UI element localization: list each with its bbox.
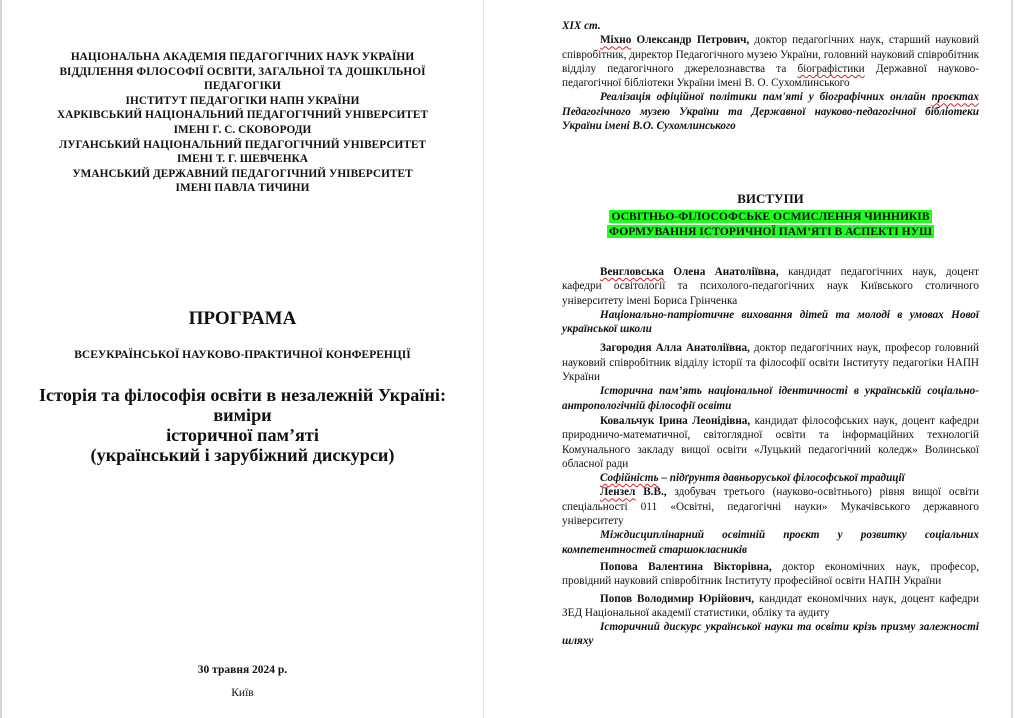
- speaker-topic: Міждисциплінарний освітній проєкт у розв…: [562, 529, 979, 555]
- speaker-name-squiggle: Венгловська: [600, 266, 664, 278]
- speaker-entry: Попов Володимир Юрійович, кандидат еконо…: [562, 592, 979, 649]
- speaker-entry: Загородня Алла Анатоліївна, доктор педаг…: [562, 341, 979, 412]
- top-fragment: ХІХ ст.: [562, 19, 979, 33]
- highlighted-line: ФОРМУВАННЯ ІСТОРИЧНОЇ ПАМ’ЯТІ В АСПЕКТІ …: [607, 225, 934, 238]
- document-page-program: ХІХ ст. Міхно Олександр Петрович, доктор…: [485, 0, 1013, 718]
- conference-title-line: (український і зарубіжний дискурси): [22, 445, 463, 465]
- speaker-name: Загородня Алла Анатоліївна,: [600, 342, 750, 354]
- speaker-name: Олена Анатоліївна,: [664, 266, 779, 278]
- conference-date: 30 травня 2024 р.: [2, 664, 483, 676]
- speaker-entry: Міхно Олександр Петрович, доктор педагог…: [562, 33, 979, 90]
- speaker-affiliation-squiggle: біографістики: [797, 63, 864, 75]
- header-line: ПЕДАГОГІКИ: [2, 79, 483, 94]
- program-title: ПРОГРАМА: [2, 308, 483, 330]
- speaker-topic: Національно-патріотичне виховання дітей …: [562, 309, 979, 335]
- header-line: ІМЕНІ Т. Г. ШЕВЧЕНКА: [2, 152, 483, 167]
- conference-city: Київ: [2, 687, 483, 699]
- highlighted-section-heading: ОСВІТНЬО-ФІЛОСОФСЬКЕ ОСМИСЛЕННЯ ЧИННИКІВ…: [562, 210, 979, 239]
- speaker-name: Олександр Петрович,: [631, 34, 749, 46]
- topic-text: Реалізація офіційної політики пам'яті у …: [600, 91, 932, 103]
- speakers-list: Венгловська Олена Анатоліївна, кандидат …: [562, 265, 979, 649]
- section-heading: ВИСТУПИ: [562, 191, 979, 207]
- speaker-entry: Попова Валентина Вікторівна, доктор екон…: [562, 560, 979, 589]
- header-line: ВІДДІЛЕННЯ ФІЛОСОФІЇ ОСВІТИ, ЗАГАЛЬНОЇ Т…: [2, 65, 483, 80]
- header-line: ІМЕНІ ПАВЛА ТИЧИНИ: [2, 181, 483, 196]
- speaker-entry: Венгловська Олена Анатоліївна, кандидат …: [562, 265, 979, 336]
- speaker-name: Попов Володимир Юрійович,: [600, 593, 754, 605]
- first-entry-block: ХІХ ст. Міхно Олександр Петрович, доктор…: [562, 19, 979, 133]
- speaker-name-squiggle: Лензел: [600, 486, 635, 498]
- organizers-header: НАЦІОНАЛЬНА АКАДЕМІЯ ПЕДАГОГІЧНИХ НАУК У…: [2, 50, 483, 196]
- header-line: ЛУГАНСЬКИЙ НАЦІОНАЛЬНИЙ ПЕДАГОГІЧНИЙ УНІ…: [2, 138, 483, 153]
- program-subtitle: ВСЕУКРАЇНСЬКОЇ НАУКОВО-ПРАКТИЧНОЇ КОНФЕР…: [2, 349, 483, 361]
- speaker-topic: Реалізація офіційної політики пам'яті у …: [562, 90, 979, 133]
- topic-squiggle: Софійність: [600, 472, 659, 484]
- document-page-cover: НАЦІОНАЛЬНА АКАДЕМІЯ ПЕДАГОГІЧНИХ НАУК У…: [0, 0, 484, 718]
- header-line: ХАРКІВСЬКИЙ НАЦІОНАЛЬНИЙ ПЕДАГОГІЧНИЙ УН…: [2, 108, 483, 123]
- speaker-name: Ковальчук Ірина Леонідівна,: [600, 415, 750, 427]
- speaker-topic: Історичний дискурс української науки та …: [562, 621, 979, 647]
- header-line: ІНСТИТУТ ПЕДАГОГІКИ НАПН УКРАЇНИ: [2, 94, 483, 109]
- topic-squiggle: проєктах: [932, 91, 979, 103]
- conference-title-line: Історія та філософія освіти в незалежній…: [22, 385, 463, 425]
- speaker-name-squiggle: Міхно: [600, 34, 631, 46]
- speaker-name: В.В.,: [635, 486, 666, 498]
- speaker-name: Попова Валентина Вікторівна,: [600, 561, 772, 573]
- speaker-entry: Лензел В.В., здобувач третього (науково-…: [562, 485, 979, 556]
- speaker-topic: – підґрунтя давньоруської філософської т…: [659, 472, 905, 484]
- header-line: ІМЕНІ Г. С. СКОВОРОДИ: [2, 123, 483, 138]
- header-line: НАЦІОНАЛЬНА АКАДЕМІЯ ПЕДАГОГІЧНИХ НАУК У…: [2, 50, 483, 65]
- highlighted-line: ОСВІТНЬО-ФІЛОСОФСЬКЕ ОСМИСЛЕННЯ ЧИННИКІВ: [609, 210, 931, 223]
- speaker-topic: Історична пам’ять національної ідентично…: [562, 385, 979, 411]
- topic-text: Педагогічного музею України та Державної…: [562, 106, 979, 132]
- header-line: УМАНСЬКИЙ ДЕРЖАВНИЙ ПЕДАГОГІЧНИЙ УНІВЕРС…: [2, 167, 483, 182]
- conference-title: Історія та філософія освіти в незалежній…: [22, 385, 463, 465]
- conference-title-line: історичної пам’яті: [22, 425, 463, 445]
- speaker-entry: Ковальчук Ірина Леонідівна, кандидат філ…: [562, 414, 979, 485]
